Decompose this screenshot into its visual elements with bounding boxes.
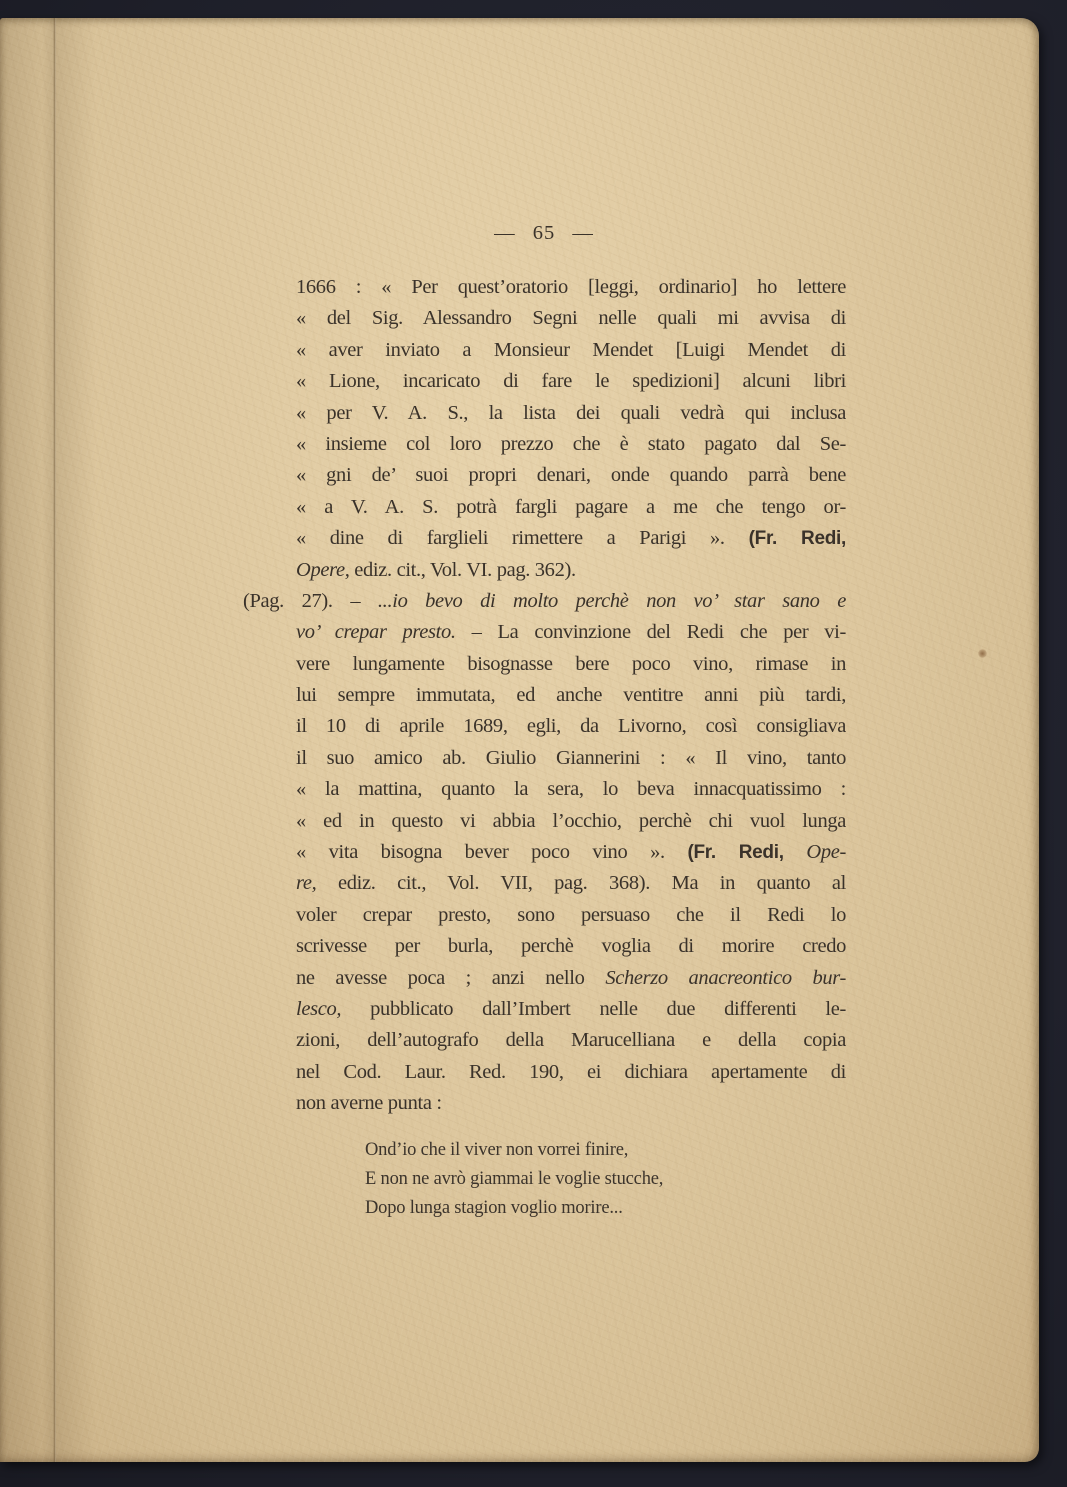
text-line: (Pag. 27). – ...io bevo di molto perchè … — [243, 586, 846, 617]
text-line: scrivesse per burla, perchè voglia di mo… — [296, 931, 846, 962]
text-segment: « ed in questo vi abbia l’occhio, perchè… — [296, 810, 846, 832]
text-line: « aver inviato a Monsieur Mendet [Luigi … — [296, 335, 846, 366]
paragraph-note-pag27: (Pag. 27). – ...io bevo di molto perchè … — [296, 586, 846, 1120]
verse-quotation: Ond’io che il viver non vorrei finire, E… — [365, 1136, 846, 1223]
text-segment: 1666 : « Per quest’oratorio [leggi, ordi… — [296, 276, 846, 298]
text-line: « gni de’ suoi propri denari, onde quand… — [296, 460, 846, 491]
quoted-phrase: ...io bevo di molto perchè non vo’ star … — [378, 590, 846, 612]
verse-line: Dopo lunga stagion voglio morire... — [365, 1194, 846, 1223]
text-segment: « la mattina, quanto la sera, lo beva in… — [296, 778, 846, 800]
text-segment: pubblicato dall’Imbert nelle due differe… — [370, 998, 846, 1020]
text-line: « la mattina, quanto la sera, lo beva in… — [296, 774, 846, 805]
gutter-fold-line — [53, 18, 56, 1462]
text-segment: non averne punta : — [296, 1092, 442, 1114]
paragraph-note-1666: 1666 : « Per quest’oratorio [leggi, ordi… — [296, 272, 846, 586]
book-page-scan: — 65 — 1666 : « Per quest’oratorio [legg… — [0, 18, 1039, 1462]
text-segment: Dopo lunga stagion voglio morire... — [365, 1198, 623, 1218]
work-title: Opere, — [296, 559, 350, 581]
citation-author: (Fr. Redi, — [749, 528, 846, 549]
text-segment: Ond’io che il viver non vorrei finire, — [365, 1140, 628, 1160]
quoted-phrase: vo’ crepar presto. — [296, 621, 456, 643]
text-block: 1666 : « Per quest’oratorio [leggi, ordi… — [296, 272, 846, 1223]
text-line: nel Cod. Laur. Red. 190, ei dichiara ape… — [296, 1057, 846, 1088]
text-segment: « a V. A. S. potrà fargli pagare a me ch… — [296, 496, 846, 518]
text-segment: « dine di farglieli rimettere a Parigi »… — [296, 527, 725, 549]
work-title: Ope- — [806, 841, 846, 863]
text-line: « ed in questo vi abbia l’occhio, perchè… — [296, 806, 846, 837]
text-segment: lui sempre immutata, ed anche ventitre a… — [296, 684, 846, 706]
text-segment: nel Cod. Laur. Red. 190, ei dichiara ape… — [296, 1061, 846, 1083]
text-line: « a V. A. S. potrà fargli pagare a me ch… — [296, 492, 846, 523]
text-line: « dine di farglieli rimettere a Parigi »… — [296, 523, 846, 554]
text-segment: « vita bisogna bever poco vino ». — [296, 841, 665, 863]
text-line: Opere, ediz. cit., Vol. VI. pag. 362). — [296, 555, 846, 586]
text-segment: « insieme col loro prezzo che è stato pa… — [296, 433, 846, 455]
text-line: il 10 di aprile 1689, egli, da Livorno, … — [296, 711, 846, 742]
text-line: « del Sig. Alessandro Segni nelle quali … — [296, 303, 846, 334]
text-line: « per V. A. S., la lista dei quali vedrà… — [296, 398, 846, 429]
page-number: — 65 — — [294, 222, 794, 245]
text-segment: il 10 di aprile 1689, egli, da Livorno, … — [296, 715, 846, 737]
text-segment: « Lione, incaricato di fare le spedizion… — [296, 370, 846, 392]
text-segment: « gni de’ suoi propri denari, onde quand… — [296, 464, 846, 486]
text-line: re, ediz. cit., Vol. VII, pag. 368). Ma … — [296, 868, 846, 899]
verse-line: E non ne avrò giammai le voglie stucche, — [365, 1165, 846, 1194]
text-segment: « aver inviato a Monsieur Mendet [Luigi … — [296, 339, 846, 361]
text-segment: ediz. cit., Vol. VII, pag. 368). Ma in q… — [338, 872, 846, 894]
foxing-spot — [978, 649, 987, 658]
text-line: lesco, pubblicato dall’Imbert nelle due … — [296, 994, 846, 1025]
text-line: il suo amico ab. Giulio Giannerini : « I… — [296, 743, 846, 774]
text-line: non averne punta : — [296, 1088, 846, 1119]
text-line: ne avesse poca ; anzi nello Scherzo anac… — [296, 963, 846, 994]
text-segment: – La convinzione del Redi che per vi- — [472, 621, 846, 643]
verse-line: Ond’io che il viver non vorrei finire, — [365, 1136, 846, 1165]
text-segment: E non ne avrò giammai le voglie stucche, — [365, 1169, 663, 1189]
work-title: re, — [296, 872, 316, 894]
work-title: Scherzo anacreontico bur- — [605, 967, 846, 989]
text-segment: voler crepar presto, sono persuaso che i… — [296, 904, 846, 926]
text-segment: ediz. cit., Vol. VI. pag. 362). — [354, 559, 575, 581]
text-line: vere lungamente bisognasse bere poco vin… — [296, 649, 846, 680]
text-line: « Lione, incaricato di fare le spedizion… — [296, 366, 846, 397]
citation-author: (Fr. Redi, — [687, 842, 783, 863]
text-line: voler crepar presto, sono persuaso che i… — [296, 900, 846, 931]
gutter-shadow — [0, 18, 96, 1462]
text-line: 1666 : « Per quest’oratorio [leggi, ordi… — [296, 272, 846, 303]
text-segment: ne avesse poca ; anzi nello — [296, 967, 585, 989]
text-segment: il suo amico ab. Giulio Giannerini : « I… — [296, 747, 846, 769]
text-line: lui sempre immutata, ed anche ventitre a… — [296, 680, 846, 711]
text-line: vo’ crepar presto. – La convinzione del … — [296, 617, 846, 648]
text-segment: « del Sig. Alessandro Segni nelle quali … — [296, 307, 846, 329]
text-line: « insieme col loro prezzo che è stato pa… — [296, 429, 846, 460]
text-segment: zioni, dell’autografo della Marucelliana… — [296, 1029, 846, 1051]
text-segment: vere lungamente bisognasse bere poco vin… — [296, 653, 846, 675]
text-line: « vita bisogna bever poco vino ». (Fr. R… — [296, 837, 846, 868]
work-title: lesco, — [296, 998, 341, 1020]
page-reference: (Pag. 27). – — [243, 590, 360, 612]
text-segment: scrivesse per burla, perchè voglia di mo… — [296, 935, 846, 957]
text-segment: « per V. A. S., la lista dei quali vedrà… — [296, 402, 846, 424]
text-line: zioni, dell’autografo della Marucelliana… — [296, 1025, 846, 1056]
